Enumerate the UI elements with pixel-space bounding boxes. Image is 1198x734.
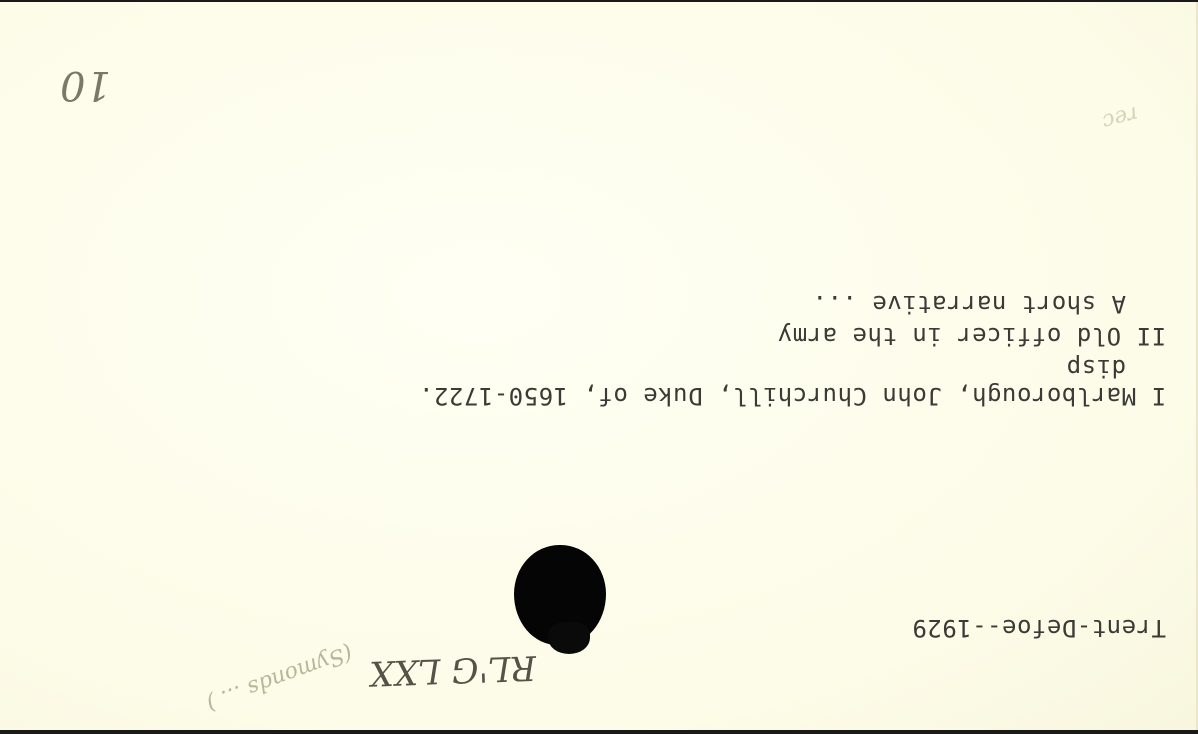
faint-mark-annotation: rec bbox=[1100, 101, 1141, 134]
entry-disp: disp bbox=[1066, 354, 1126, 382]
pencil-note-annotation: (Symonds ... ) bbox=[203, 640, 356, 716]
card-header: Trent-Defoe--1929 bbox=[912, 614, 1166, 642]
call-mark-annotation: RL'G LXX bbox=[369, 647, 537, 693]
punch-hole-tear bbox=[548, 622, 590, 654]
entry-added-title: II Old officer in the army bbox=[777, 322, 1166, 350]
entry-title: A short narrative ... bbox=[812, 290, 1126, 318]
entry-main-heading: I Marlborough, John Churchill, Duke of, … bbox=[419, 382, 1166, 410]
catalog-card: Trent-Defoe--1929 I Marlborough, John Ch… bbox=[0, 2, 1198, 730]
